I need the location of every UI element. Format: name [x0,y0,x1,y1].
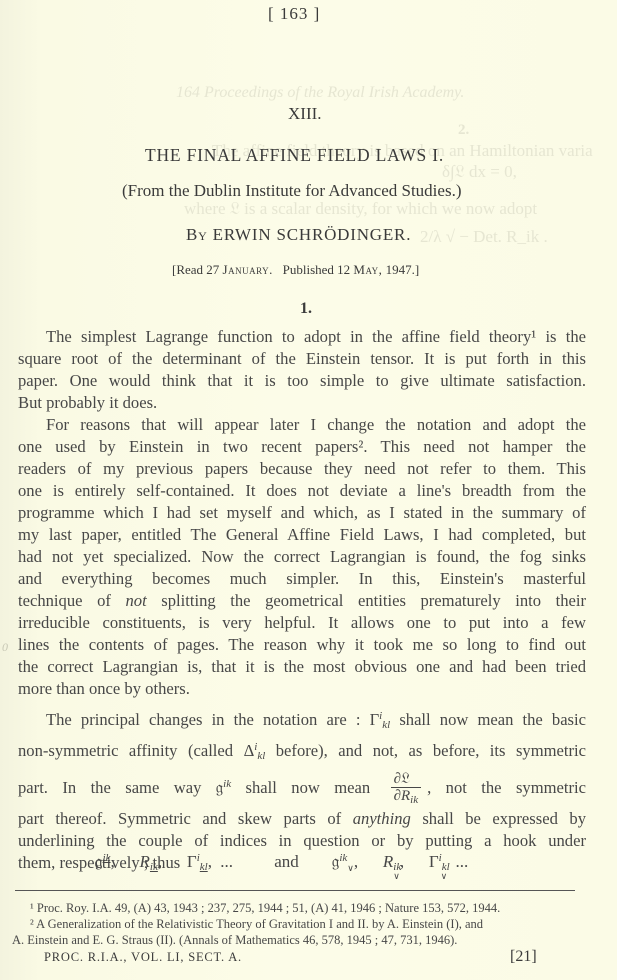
text-line: square root of the determinant of the Ei… [18,348,586,370]
published-year: 1947.] [386,262,420,277]
journal-signature: PROC. R.I.A., VOL. LI, SECT. A. [44,950,242,965]
text-line: programme which I had set myself and whi… [18,502,586,524]
page-number: [ 163 ] [268,4,320,24]
author-name: ERWIN SCHRÖDINGER. [213,225,412,244]
text-line: part thereof. Symmetric and skew parts o… [18,808,586,830]
formula-ellipsis: ... [220,852,233,871]
emphasis-anything: anything [353,809,411,828]
text-line: and everything becomes much simpler. In … [18,568,586,590]
paper-title: THE FINAL AFFINE FIELD LAWS I. [145,145,444,166]
article-number: XIII. [288,104,322,124]
footnote-divider [15,890,575,891]
read-date-prefix: [Read 27 [172,262,219,277]
published-month: May, [353,262,382,277]
margin-mark: 0 [2,640,8,655]
bleed-line-2: δ∫𝔏 dx = 0, [442,162,517,182]
text-line: one used by Einstein in two recent paper… [18,436,586,458]
text-fragment: part. In the same way [18,778,201,797]
paragraph-2: For reasons that will appear later I cha… [18,414,586,700]
text-line: non-symmetric affinity (called Δikl befo… [18,736,586,767]
paragraph-3: The principal changes in the notation ar… [18,705,586,874]
section-number: 1. [300,300,312,318]
publication-dates: [Read 27 January. Published 12 May, 1947… [172,262,419,278]
footnote-2-line-1: ² A Generalization of the Relativistic T… [30,917,483,932]
formula-and: and [274,852,299,871]
paragraph-1: The simplest Lagrange function to adopt … [18,326,586,414]
math-gamma: Γikl [370,710,391,729]
formula-R-underlined: Rik, [140,852,163,871]
bleed-line-4: 2/λ √ − Det. R_ik . [420,227,548,247]
text-line: readers of my previous papers because th… [18,458,586,480]
math-g: 𝔤ik [216,778,231,797]
text-line: For reasons that will appear later I cha… [18,414,586,436]
sheet-number: [21] [510,948,537,966]
display-formula: 𝔤ik, Rik, Γikl, ... and 𝔤ik∨, Rik∨, Γikl… [95,852,468,882]
byline-prefix: By [186,225,208,244]
footnote-2-line-2: A. Einstein and E. G. Straus (II). (Anna… [12,933,457,948]
formula-gamma-underlined: Γikl, [187,852,212,871]
footnote-1: ¹ Proc. Roy. I.A. 49, (A) 43, 1943 ; 237… [30,901,500,916]
text-fragment: shall now mean [246,778,371,797]
text-line: one is entirely self-contained. It does … [18,480,586,502]
formula-gamma-hooked: Γikl∨ [429,852,447,871]
byline: By ERWIN SCHRÖDINGER. [186,225,411,245]
text-line: The simplest Lagrange function to adopt … [18,326,586,348]
bleed-line-3: where 𝔏 is a scalar density, for which w… [184,199,537,219]
text-line: had not yet specialized. Now the correct… [18,546,586,568]
text-fragment: , not the symmetric [427,778,586,797]
text-line: underlining the couple of indices in que… [18,830,586,852]
text-line: But probably it does. [18,392,586,414]
bleed-section: 2. [458,122,469,139]
text-line: technique of not splitting the geometric… [18,590,586,612]
text-fragment: non-symmetric affinity (called [18,741,233,760]
text-fragment: splitting the geometrical entities prema… [161,591,586,610]
text-fragment: before), and not, as before, its symmetr… [276,741,586,760]
text-line: irreducible constituents, is very helpfu… [18,612,586,634]
text-line: the correct Lagrangian is, that it is th… [18,656,586,678]
read-month: January. [223,262,273,277]
text-line: part. In the same way 𝔤ik shall now mean… [18,767,586,808]
formula-g-underlined: 𝔤ik, [95,852,115,871]
text-fragment: part thereof. Symmetric and skew parts o… [18,809,341,828]
text-line: paper. One would think that it is too si… [18,370,586,392]
text-fragment: technique of [18,591,111,610]
text-line: my last paper, entitled The General Affi… [18,524,586,546]
emphasis-not: not [125,591,146,610]
document-page: 164 Proceedings of the Royal Irish Acade… [0,0,617,980]
affiliation: (From the Dublin Institute for Advanced … [122,181,461,201]
text-fragment: shall now mean the basic [399,710,586,729]
math-delta: Δikl [244,741,266,760]
text-line: lines the contents of pages. The reason … [18,634,586,656]
formula-R-hooked: Rik∨, [383,852,404,871]
text-line: The principal changes in the notation ar… [18,705,586,736]
formula-ellipsis: ... [456,852,469,871]
bleed-running-head: 164 Proceedings of the Royal Irish Acade… [176,84,464,102]
text-fragment: The principal changes in the notation ar… [46,710,360,729]
formula-g-hooked: 𝔤ik∨, [332,852,358,871]
published-prefix: Published 12 [283,262,351,277]
math-fraction: ∂𝔏∂Rik [391,771,422,808]
text-line: more than once by others. [18,678,586,700]
text-fragment: shall be expressed by [422,809,586,828]
